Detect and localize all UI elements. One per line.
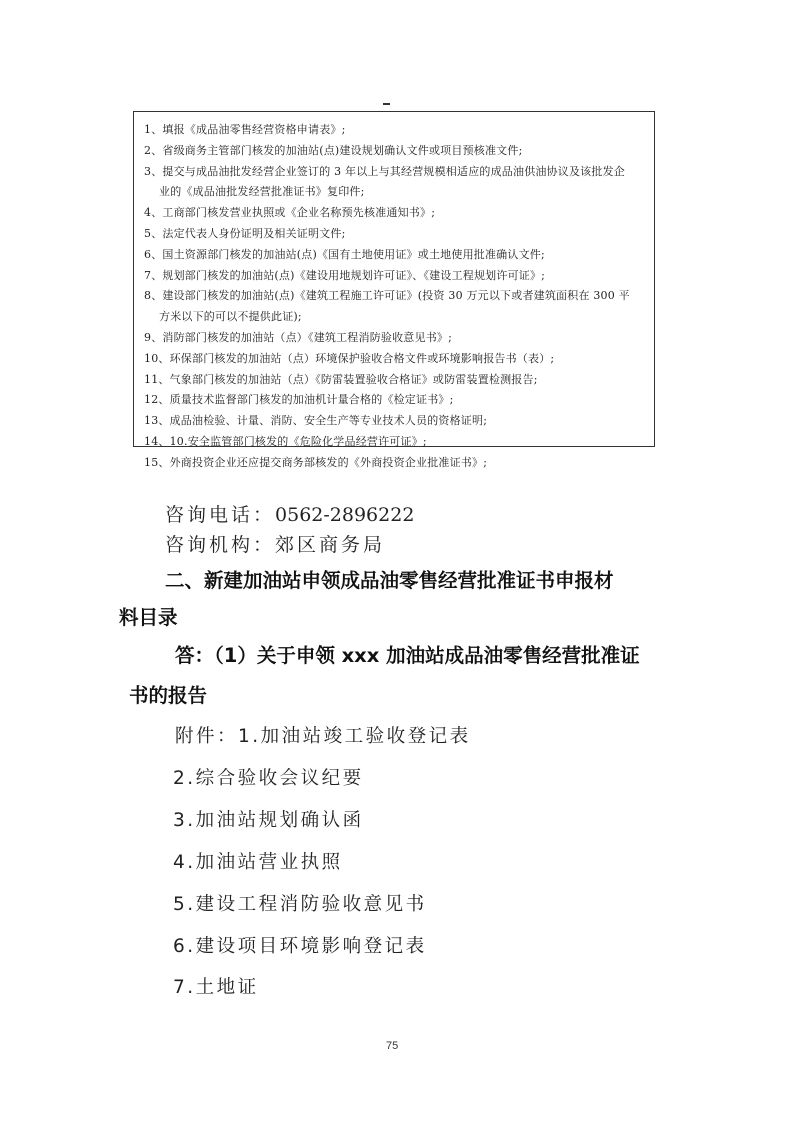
page-number: 75 — [386, 1040, 398, 1052]
section-heading: 二、新建加油站申领成品油零售经营批准证书申报材 — [165, 565, 614, 593]
attachment-item-7: 7.土地证 — [173, 973, 259, 999]
answer-text: 答：（1）关于申领 xxx 加油站成品油零售经营批准证 — [175, 644, 640, 667]
requirements-box: 1、填报《成品油零售经营资格申请表》; 2、省级商务主管部门核发的加油站(点)建… — [133, 111, 655, 447]
requirement-item: 7、规划部门核发的加油站(点)《建设用地规划许可证》、《建设工程规划许可证》; — [144, 266, 654, 287]
requirement-item-continued: 业的《成品油批发经营批准证书》复印件; — [144, 182, 654, 203]
requirement-item: 14、10.安全监管部门核发的《危险化学品经营许可证》; — [144, 432, 654, 453]
contact-phone-label: 咨询电话： — [165, 504, 275, 526]
requirement-item: 8、建设部门核发的加油站(点)《建筑工程施工许可证》(投资 30 万元以下或者建… — [144, 286, 654, 307]
attachment-item-4: 4.加油站营业执照 — [173, 848, 343, 874]
attachments-label: 附件： — [175, 726, 238, 747]
requirement-item: 11、气象部门核发的加油站（点）《防雷装置验收合格证》或防雷装置检测报告; — [144, 370, 654, 391]
contact-phone-line: 咨询电话：0562-2896222 — [165, 500, 414, 527]
section-heading-continued: 料目录 — [119, 602, 178, 630]
requirement-item: 13、成品油检验、计量、消防、安全生产等专业技术人员的资格证明; — [144, 411, 654, 432]
requirement-item: 3、提交与成品油批发经营企业签订的 3 年以上与其经营规模相适应的成品油供油协议… — [144, 162, 654, 183]
requirement-item: 1、填报《成品油零售经营资格申请表》; — [144, 120, 654, 141]
contact-org-label: 咨询机构： — [165, 534, 275, 556]
attachment-item-3: 3.加油站规划确认函 — [173, 806, 364, 832]
contact-org-line: 咨询机构：郊区商务局 — [165, 530, 385, 557]
requirement-item: 4、工商部门核发营业执照或《企业名称预先核准通知书》; — [144, 203, 654, 224]
requirement-item: 2、省级商务主管部门核发的加油站(点)建设规划确认文件或项目预核准文件; — [144, 141, 654, 162]
requirement-item: 9、消防部门核发的加油站（点）《建筑工程消防验收意见书》; — [144, 328, 654, 349]
answer-line-continued: 书的报告 — [129, 680, 207, 708]
contact-org: 郊区商务局 — [275, 534, 385, 556]
requirement-item: 10、环保部门核发的加油站（点）环境保护验收合格文件或环境影响报告书（表）; — [144, 349, 654, 370]
requirement-item: 15、外商投资企业还应提交商务部核发的《外商投资企业批准证书》; — [144, 453, 654, 474]
attachment-item-5: 5.建设工程消防验收意见书 — [173, 890, 427, 916]
attachment-item-6: 6.建设项目环境影响登记表 — [173, 932, 427, 958]
contact-phone: 0562-2896222 — [275, 504, 414, 526]
requirement-item: 6、国土资源部门核发的加油站(点)《国有土地使用证》或土地使用批准确认文件; — [144, 245, 654, 266]
attachment-text: 1.加油站竣工验收登记表 — [238, 726, 471, 747]
requirement-item: 5、法定代表人身份证明及相关证明文件; — [144, 224, 654, 245]
answer-line: 答：（1）关于申领 xxx 加油站成品油零售经营批准证 — [175, 640, 640, 668]
requirement-item: 12、质量技术监督部门核发的加油机计量合格的《检定证书》; — [144, 390, 654, 411]
attachment-item-1: 附件：1.加油站竣工验收登记表 — [175, 722, 471, 748]
decorative-dash — [383, 103, 390, 105]
requirement-item-continued: 方米以下的可以不提供此证); — [144, 307, 654, 328]
attachment-item-2: 2.综合验收会议纪要 — [173, 764, 364, 790]
